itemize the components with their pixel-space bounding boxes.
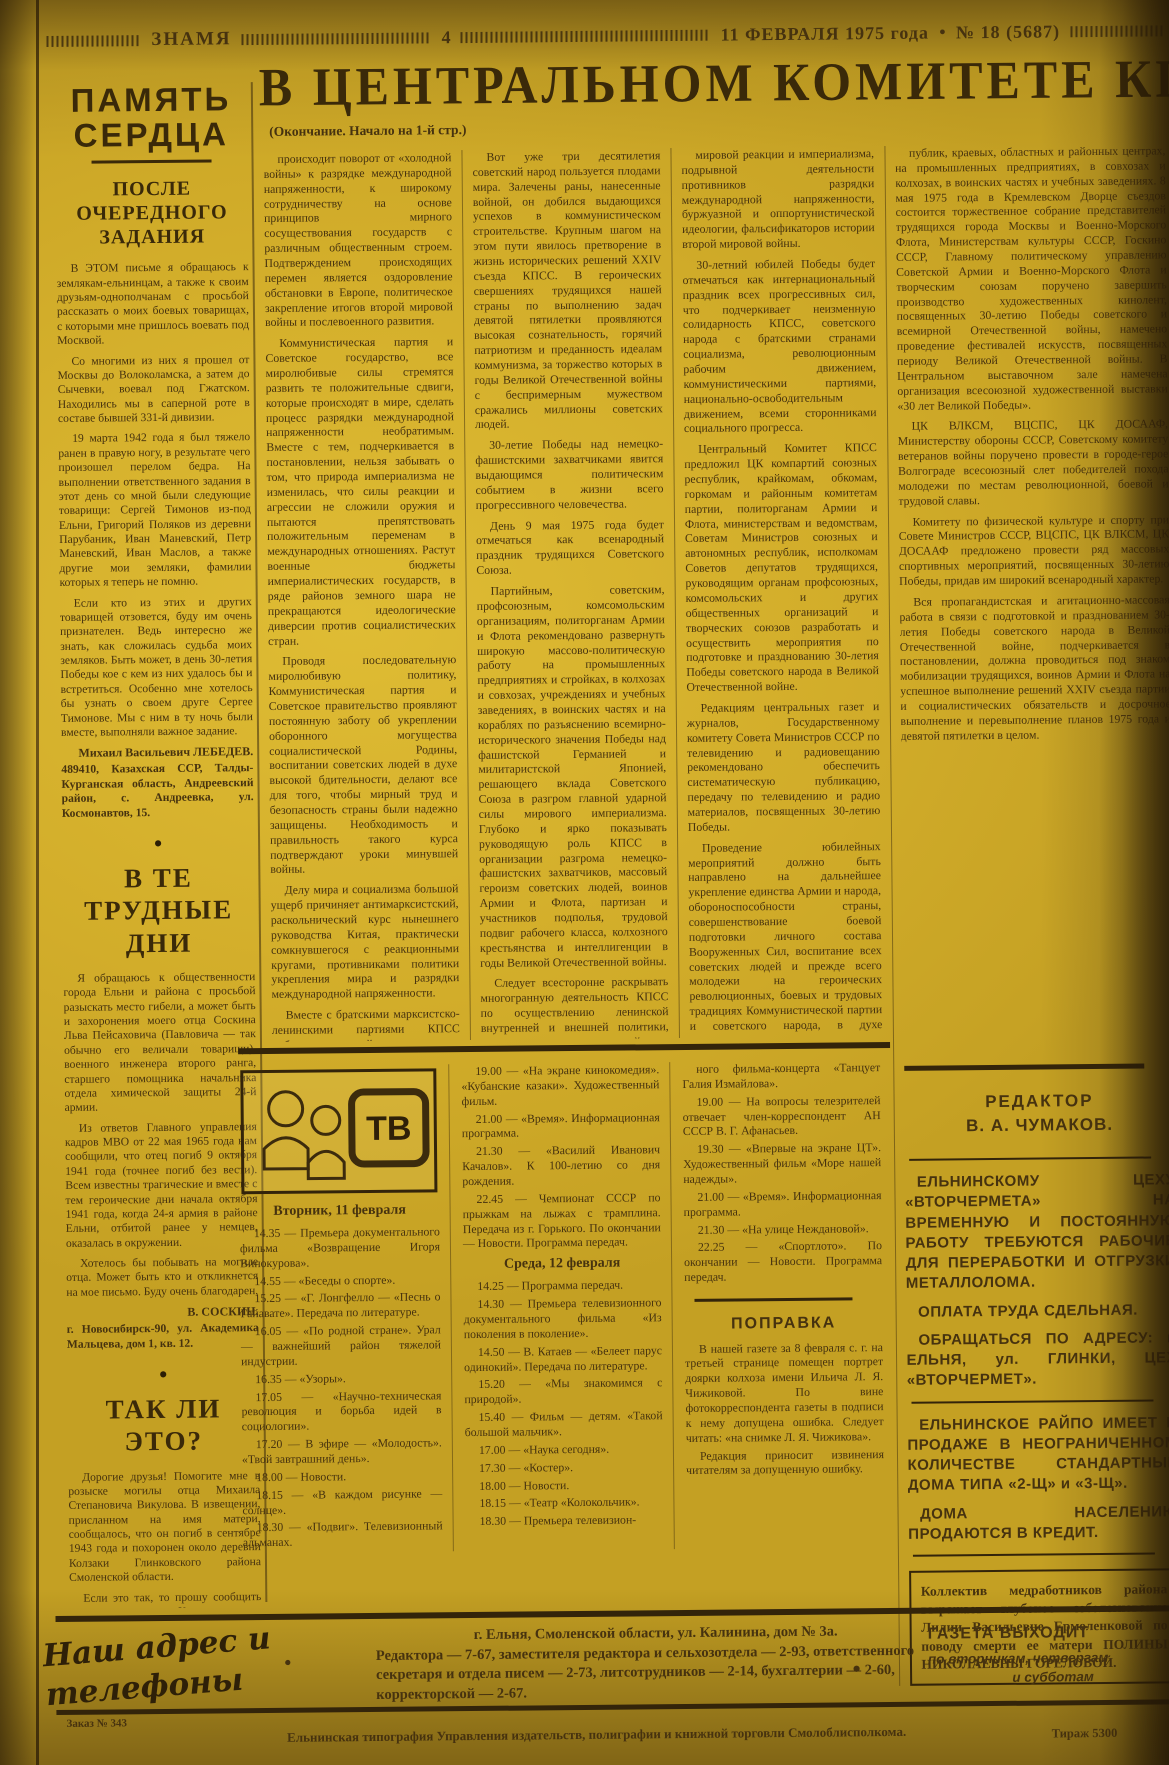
tv-viewers-drawing: ТВ [243, 1077, 434, 1185]
correction-paragraph: В нашей газете за 8 февраля с. г. на тре… [685, 1340, 884, 1446]
article-paragraph: День 9 мая 1975 года будет отмечаться ка… [476, 517, 664, 578]
article-column-2: Вот уже три десятилетия советский народ … [461, 148, 678, 1040]
masthead-rule [1070, 25, 1163, 37]
tv-programme-item: 17.20 — В эфире — «Молодость». «Твой зав… [242, 1435, 442, 1467]
divider [694, 1297, 852, 1301]
letter-paragraph: В ЭТОМ письме я обращаюсь к землякам-ель… [56, 260, 249, 348]
letter-title: ПОСЛЕ ОЧЕРЕДНОГО ЗАДАНИЯ [56, 176, 249, 250]
tv-programme-section: ТВ Вторник, 11 февраля 14.35 — Премьера … [238, 1042, 895, 1616]
correction-title: ПОПРАВКА [685, 1314, 883, 1334]
article-paragraph: Коммунистическая партия и Советское госу… [265, 334, 456, 648]
article-paragraph: 30-летний юбилей Победы будет отмечаться… [682, 256, 876, 436]
left-column: ПАМЯТЬ СЕРДЦА ПОСЛЕ ОЧЕРЕДНОГО ЗАДАНИЯ В… [55, 82, 262, 1609]
tv-programme-item: 22.25 — «Спортлото». По окончании — Ново… [684, 1239, 882, 1285]
tv-programme-item: 19.00 — «На экране кинокомедия». «Кубанс… [461, 1062, 659, 1108]
letter-body: В ЭТОМ письме я обращаюсь к землякам-ель… [56, 260, 253, 740]
tv-column-1: ТВ Вторник, 11 февраля 14.35 — Премьера … [238, 1064, 453, 1553]
correction-body: В нашей газете за 8 февраля с. г. на тре… [685, 1340, 884, 1479]
section-bullet-icon: • [62, 835, 254, 852]
tv-programme-item: 15.25 — «Г. Лонгфелло — «Песнь о Гайават… [240, 1290, 440, 1322]
tv-column-3: ного фильма-концерта «Танцует Галия Изма… [669, 1060, 895, 1549]
masthead-bullet-icon: • [939, 22, 946, 42]
divider [909, 1156, 1151, 1160]
letter-section-2: В ТЕ ТРУДНЫЕ ДНИ Я обращаюсь к обществен… [62, 861, 259, 1352]
article-paragraph: Следует всесторонне раскрывать многогран… [480, 975, 670, 1041]
article-column-4: публик, краевых, областных и районных це… [895, 143, 1169, 1058]
tv-programme-item: 14.30 — Премьера телевизионного документ… [463, 1295, 661, 1341]
tv-day-label: Вторник, 11 февраля [240, 1202, 440, 1220]
letter-address: г. Новосибирск-90, ул. Академика Мальцев… [67, 1321, 259, 1352]
ad-vtorchermet: ЕЛЬНИНСКОМУ ЦЕХУ «ВТОРЧЕРМЕТА» НА ВРЕМЕН… [905, 1170, 1169, 1391]
ad-line: ОПЛАТА ТРУДА СДЕЛЬНАЯ. [906, 1300, 1169, 1323]
tv-programme-item: 21.30 — «На улице Неждановой». [684, 1221, 882, 1238]
page-number: 4 [441, 27, 450, 48]
masthead-rule [460, 29, 710, 42]
article-paragraph: Редакциям центральных газет и журналов, … [687, 699, 881, 835]
ad-line: ЕЛЬНИНСКОЕ РАЙПО ИМЕЕТ В ПРОДАЖЕ В НЕОГР… [907, 1413, 1169, 1497]
tv-listing-wednesday: 14.25 — Программа передач.14.30 — Премье… [463, 1278, 663, 1530]
letter-body: Я обращаюсь к общественности города Ельн… [63, 970, 258, 1300]
ad-line: ДОМА НАСЕЛЕНИЮ ПРОДАЮТСЯ В КРЕДИТ. [908, 1502, 1169, 1545]
letter-paragraph: 19 марта 1942 года я был тяжело ранен в … [58, 431, 252, 591]
article-paragraph: мировой реакции и империализма, подрывно… [681, 146, 875, 252]
article-paragraph: Вся пропагандистская и агитационно-массо… [899, 592, 1169, 743]
letter-title: В ТЕ ТРУДНЫЕ ДНИ [62, 861, 255, 960]
schedule-title: ГАЗЕТА ВЫХОДИТ [928, 1623, 1169, 1643]
footer-bullet-icon: • [852, 1654, 861, 1684]
tv-programme-item: 18.15 — «Театр «Колокольчик». [465, 1495, 663, 1512]
article-paragraph: ЦК ВЛКСМ, ВЦСПС, ЦК ДОСААФ, Министерству… [898, 417, 1169, 509]
masthead-rule [46, 35, 141, 47]
tv-columns: ТВ Вторник, 11 февраля 14.35 — Премьера … [238, 1060, 895, 1553]
editor-label: РЕДАКТОР [910, 1090, 1169, 1112]
newspaper-title: ЗНАМЯ [151, 28, 231, 51]
article-paragraph: Вот уже три десятилетия советский народ … [472, 148, 663, 432]
tv-programme-item: 19.30 — «Впервые на экране ЦТ». Художест… [683, 1140, 881, 1186]
article-paragraph: Центральный Комитет КПСС предложил ЦК ко… [684, 440, 879, 694]
publication-schedule: ГАЗЕТА ВЫХОДИТ по вторникам, четвергам и… [928, 1623, 1169, 1685]
print-run: Тираж 5300 [1052, 1726, 1118, 1742]
tv-listing-wednesday-evening: ного фильма-концерта «Танцует Галия Изма… [682, 1060, 882, 1285]
article-paragraph: Проведение юбилейных мероприятий должно … [688, 839, 883, 1038]
letter-section-3: ТАК ЛИ ЭТО? Дорогие друзья! Помогите мне… [67, 1392, 261, 1609]
letter-title: ТАК ЛИ ЭТО? [67, 1392, 260, 1459]
letter-paragraph: Из ответов Главного управления кадров МВ… [65, 1120, 258, 1251]
right-rail: публик, краевых, областных и районных це… [884, 143, 1169, 1686]
tv-programme-item: 17.30 — «Костер». [465, 1459, 663, 1476]
tv-programme-item: ного фильма-концерта «Танцует Галия Изма… [682, 1060, 880, 1092]
ad-line: ОБРАЩАТЬСЯ ПО АДРЕСУ: г. ЕЛЬНЯ, ул. ГЛИН… [906, 1328, 1169, 1391]
masthead-rule [242, 32, 432, 45]
newspaper-page: ЗНАМЯ 4 11 ФЕВРАЛЯ 1975 года • № 18 (568… [0, 0, 1169, 1765]
ad-line: ЕЛЬНИНСКОМУ ЦЕХУ «ВТОРЧЕРМЕТА» НА ВРЕМЕН… [905, 1170, 1169, 1294]
imprint-line: Ельнинская типография Управления издател… [247, 1723, 947, 1746]
article-paragraph: публик, краевых, областных и районных це… [895, 143, 1168, 413]
tv-programme-item: 16.35 — «Узоры». [241, 1370, 441, 1387]
article-paragraph: Проводя последовательную миролюбивую пол… [268, 652, 458, 877]
tv-programme-item: 19.00 — На вопросы телезрителей отвечает… [683, 1093, 881, 1139]
tv-programme-item: 21.30 — «Василий Иванович Качалов». К 10… [462, 1143, 660, 1189]
correction-paragraph: Редакция приносит извинения читателям за… [686, 1447, 884, 1479]
schedule-days: и субботам [928, 1668, 1169, 1685]
letter-body: Дорогие друзья! Помогите мне в розыске м… [68, 1469, 261, 1609]
tv-programme-item: 17.00 — «Наука сегодня». [465, 1441, 663, 1458]
article-paragraph: происходит поворот от «холодной войны» к… [263, 150, 453, 330]
letter-section-1: ПОСЛЕ ОЧЕРЕДНОГО ЗАДАНИЯ В ЭТОМ письме я… [56, 176, 254, 821]
letter-paragraph: Хотелось бы побывать на могиле отца. Мож… [66, 1255, 258, 1300]
issue-date: 11 ФЕВРАЛЯ 1975 года [720, 22, 929, 45]
letter-paragraph: Я обращаюсь к общественности города Ельн… [63, 970, 256, 1116]
tv-programme-item: 18.00 — Новости. [465, 1477, 663, 1494]
continuation-note: (Окончание. Начало на 1-й стр.) [269, 122, 509, 140]
letter-address: 489410, Казахская ССР, Талды-Курганская … [61, 761, 254, 821]
article-paragraph: Вместе с братскими марксистско-ленинским… [272, 1006, 461, 1042]
tv-programme-item: 18.00 — Новости. [242, 1468, 442, 1485]
tv-programme-item: 18.15 — «В каждом рисунке — солнце». [242, 1486, 442, 1518]
main-headline: В ЦЕНТРАЛЬНОМ КОМИТЕТЕ КПСС [259, 46, 1169, 118]
tv-column-2: 19.00 — «На экране кинокомедия». «Кубанс… [448, 1062, 674, 1551]
tv-programme-item: 15.20 — «Мы знакомимся с природой». [464, 1376, 662, 1408]
tv-programme-item: 16.05 — «По родной стране». Урал — важне… [241, 1322, 441, 1368]
tv-programme-item: 18.30 — Премьера телевизион- [466, 1513, 664, 1530]
footer-address-script: Наш адрес и телефоны [41, 1612, 366, 1715]
editor-name: В. А. ЧУМАКОВ. [910, 1114, 1169, 1136]
letter-paragraph: Со многими из них я прошел от Москвы до … [57, 353, 250, 427]
tv-programme-item: 18.30 — «Подвиг». Телевизионный альманах… [243, 1519, 443, 1551]
article-column-1: происходит поворот от «холодной войны» к… [263, 150, 469, 1042]
order-number: Заказ № 343 [66, 1717, 127, 1730]
page-fold [36, 0, 39, 1765]
tv-programme-item: 22.45 — Чемпионат СССР по прыжкам на лыж… [462, 1190, 661, 1251]
divider [904, 1064, 1145, 1071]
tv-programme-item: 15.40 — Фильм — детям. «Такой большой ма… [465, 1408, 663, 1440]
article-paragraph: 30-летие Победы над немецко-фашистскими … [475, 436, 664, 512]
letter-paragraph: Если кто из этих и других товарищей отзо… [60, 595, 253, 741]
footer-bullet-icon: • [284, 1650, 292, 1676]
letter-paragraph: Если это так, то прошу сообщить мне по а… [69, 1590, 261, 1609]
tv-illustration: ТВ [240, 1068, 437, 1194]
divider [912, 1552, 1154, 1556]
ad-raipo: ЕЛЬНИНСКОЕ РАЙПО ИМЕЕТ В ПРОДАЖЕ В НЕОГР… [907, 1413, 1169, 1545]
tv-programme-item: 14.25 — Программа передач. [463, 1278, 661, 1295]
tv-programme-item: 14.35 — Премьера документального фильма … [240, 1224, 440, 1270]
tv-day-label: Среда, 12 февраля [463, 1256, 661, 1274]
article-column-3: мировой реакции и империализма, подрывно… [670, 146, 892, 1038]
tv-programme-item: 21.00 — «Время». Информационная программ… [683, 1188, 881, 1220]
tv-logo: ТВ [366, 1110, 412, 1148]
tv-programme-item: 14.50 — В. Катаев — «Белеет парус одинок… [464, 1343, 662, 1375]
schedule-days: по вторникам, четвергам [928, 1649, 1169, 1666]
letter-paragraph: Дорогие друзья! Помогите мне в розыске м… [68, 1469, 261, 1586]
tv-listing-tuesday: 14.35 — Премьера документального фильма … [240, 1224, 443, 1550]
article-paragraph: Партийным, советским, профсоюзным, комсо… [477, 582, 669, 970]
divider [92, 160, 212, 164]
editor-box: РЕДАКТОР В. А. ЧУМАКОВ. [904, 1080, 1169, 1149]
letter-signature: В. СОСКИН. [67, 1304, 259, 1321]
divider [911, 1399, 1153, 1403]
tv-listing-tuesday-evening: 19.00 — «На экране кинокомедия». «Кубанс… [461, 1062, 661, 1251]
section-bullet-icon: • [67, 1366, 259, 1383]
page-tilt-wrapper: ЗНАМЯ 4 11 ФЕВРАЛЯ 1975 года • № 18 (568… [0, 0, 1169, 1765]
tv-programme-item: 17.05 — «Научно-техническая революция и … [241, 1388, 441, 1434]
article-paragraph: Делу мира и социализма большой ущерб при… [270, 881, 459, 1002]
issue-number: № 18 (5687) [956, 21, 1060, 43]
tv-programme-item: 14.55 — «Беседы о спорте». [240, 1272, 440, 1289]
section-header-memory: ПАМЯТЬ СЕРДЦА [55, 82, 248, 153]
article-paragraph: Комитету по физической культуре и спорту… [898, 512, 1169, 589]
tv-programme-item: 21.00 — «Время». Информационная программ… [462, 1110, 660, 1142]
letter-signature: Михаил Васильевич ЛЕБЕДЕВ. [61, 744, 253, 761]
